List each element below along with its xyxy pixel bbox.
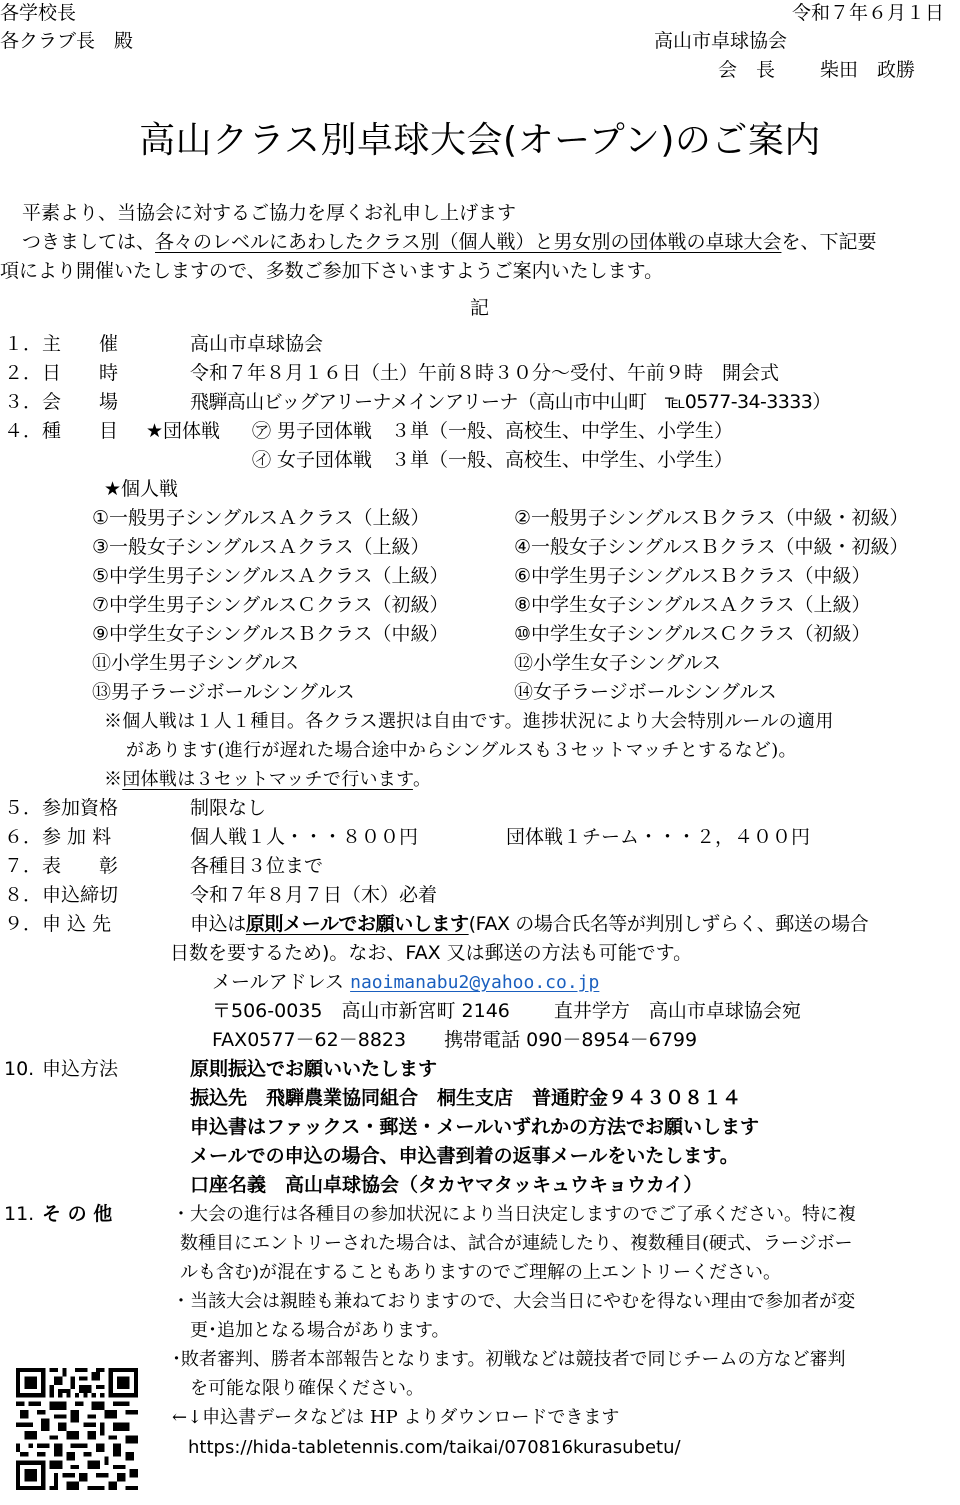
individual-event-item: ①一般男子シングルスＡクラス（上級） bbox=[92, 504, 429, 533]
section-5-label: 参加資格 bbox=[42, 794, 118, 823]
other-note-line: ･敗者審判、勝者本部報告となります。初戦などは競技者で同じチームの方など審判 bbox=[172, 1345, 846, 1374]
apply-prefix: 申込は bbox=[190, 913, 246, 935]
recipient-club-heads: 各クラブ長 殿 bbox=[0, 27, 133, 56]
team-event-women: ㋑ 女子団体戦 ３単（一般、高校生、中学生、小学生） bbox=[252, 446, 733, 475]
download-note: ←↓申込書データなどは HP よりダウンロードできます bbox=[172, 1403, 619, 1432]
other-note-line: 数種目にエントリーされた場合は、試合が連続したり、複数種目(硬式、ラージボー bbox=[180, 1229, 853, 1258]
individual-event-item: ⑪小学生男子シングルス bbox=[92, 649, 299, 678]
individual-event-item: ⑩中学生女子シングルスＣクラス（初級） bbox=[514, 620, 870, 649]
section-2-value: 令和７年８月１６日（土）午前８時３０分～受付、午前９時 開会式 bbox=[190, 359, 779, 388]
team-event-men: ㋐ 男子団体戦 ３単（一般、高校生、中学生、小学生） bbox=[252, 417, 733, 446]
fax-and-phone: FAX0577－62－8823 携帯電話 090－8954－6799 bbox=[212, 1026, 697, 1055]
team-note-suffix: 。 bbox=[413, 769, 431, 790]
section-3-number: ３． bbox=[4, 388, 42, 417]
team-note: ※団体戦は３セットマッチで行います。 bbox=[104, 765, 431, 794]
qr-code-icon bbox=[16, 1368, 138, 1490]
section-5-number: ５． bbox=[4, 794, 42, 823]
intro-highlight: 各々のレベルにあわしたクラス別（個人戦）と男女別の団体戦の卓球大会 bbox=[155, 231, 781, 253]
recipient-school-principals: 各学校長 bbox=[0, 0, 76, 28]
individual-event-item: ⑤中学生男子シングルスＡクラス（上級） bbox=[92, 562, 448, 591]
section-9-number: ９． bbox=[4, 910, 42, 939]
section-8-label: 申込締切 bbox=[42, 881, 118, 910]
section-2-number: ２． bbox=[4, 359, 42, 388]
section-7-label: 表 彰 bbox=[42, 852, 118, 881]
individual-event-item: ⑦中学生男子シングルスＣクラス（初級） bbox=[92, 591, 448, 620]
other-note-line: を可能な限り確保ください。 bbox=[190, 1374, 424, 1403]
section-10-number: 10. bbox=[4, 1055, 34, 1084]
individual-event-item: ⑥中学生男子シングルスＢクラス（中級） bbox=[514, 562, 870, 591]
intro-line-2: つきましては、各々のレベルにあわしたクラス別（個人戦）と男女別の団体戦の卓球大会… bbox=[22, 228, 876, 257]
section-9-line-2: 日数を要するため)。なお、FAX 又は郵送の方法も可能です。 bbox=[170, 939, 692, 968]
other-note-line: 更･追加となる場合があります。 bbox=[190, 1316, 450, 1345]
section-11-number: 11. bbox=[4, 1200, 34, 1229]
sender-title: 会 長 bbox=[718, 56, 775, 85]
download-url-link[interactable]: https://hida-tabletennis.com/taikai/0708… bbox=[188, 1433, 681, 1462]
sender-organization: 高山市卓球協会 bbox=[654, 27, 787, 56]
section-2-label: 日 時 bbox=[42, 359, 118, 388]
section-7-value: 各種目３位まで bbox=[190, 852, 323, 881]
team-note-highlight: 団体戦は３セットマッチで行います bbox=[122, 769, 413, 790]
intro-line-3: 項により開催いたしますので、多数ご参加下さいますようご案内いたします。 bbox=[0, 257, 663, 286]
intro-line-2-suffix: を、下記要 bbox=[781, 231, 876, 253]
payment-line: 申込書はファックス・郵送・メールいずれかの方法でお願いします bbox=[190, 1113, 759, 1142]
ki-heading: 記 bbox=[470, 294, 489, 323]
section-11-label: そ の 他 bbox=[42, 1200, 112, 1229]
email-link[interactable]: naoimanabu2@yahoo.co.jp bbox=[350, 972, 599, 993]
section-6-label: 参 加 料 bbox=[42, 823, 111, 852]
individual-note-line-1: ※個人戦は１人１種目。各クラス選択は自由です。進捗状況により大会特別ルールの適用 bbox=[104, 707, 834, 736]
individual-event-item: ④一般女子シングルスＢクラス（中級・初級） bbox=[514, 533, 908, 562]
payment-line: 振込先 飛騨農業協同組合 桐生支店 普通貯金９４３０８１４ bbox=[190, 1084, 741, 1113]
section-9-label: 申 込 先 bbox=[42, 910, 111, 939]
section-7-number: ７． bbox=[4, 852, 42, 881]
fee-team: 団体戦１チーム・・・２，４００円 bbox=[506, 823, 810, 852]
section-3-label: 会 場 bbox=[42, 388, 118, 417]
section-8-value: 令和７年８月７日（木）必着 bbox=[190, 881, 437, 910]
individual-event-item: ⑫小学生女子シングルス bbox=[514, 649, 721, 678]
section-4-number: ４． bbox=[4, 417, 42, 446]
section-5-value: 制限なし bbox=[190, 794, 266, 823]
other-note-line: ・大会の進行は各種目の参加状況により当日決定しますのでご了承ください。特に複 bbox=[172, 1200, 856, 1229]
intro-line-2-prefix: つきましては、 bbox=[22, 231, 155, 253]
fee-individual: 個人戦１人・・・８００円 bbox=[190, 823, 418, 852]
section-10-label: 申込方法 bbox=[42, 1055, 118, 1084]
individual-note-line-2: があります(進行が遅れた場合途中からシングルスも３セットマッチとするなど)。 bbox=[126, 736, 797, 765]
apply-by-email-emphasis: 原則メールでお願いします bbox=[246, 913, 469, 935]
section-8-number: ８． bbox=[4, 881, 42, 910]
individual-event-item: ③一般女子シングルスＡクラス（上級） bbox=[92, 533, 429, 562]
individual-event-item: ②一般男子シングルスＢクラス（中級・初級） bbox=[514, 504, 908, 533]
section-1-number: １． bbox=[4, 330, 42, 359]
postal-address: 〒506-0035 高山市新宮町 2146 直井学方 高山市卓球協会宛 bbox=[212, 997, 801, 1026]
payment-line: 原則振込でお願いいたします bbox=[190, 1055, 437, 1084]
document-date: 令和７年６月１日 bbox=[792, 0, 944, 28]
apply-suffix: (FAX の場合氏名等が判別しずらく、郵送の場合 bbox=[469, 913, 869, 935]
individual-event-item: ⑬男子ラージボールシングルス bbox=[92, 678, 355, 707]
individual-event-item: ⑧中学生女子シングルスＡクラス（上級） bbox=[514, 591, 870, 620]
individual-event-item: ⑭女子ラージボールシングルス bbox=[514, 678, 777, 707]
team-event-heading: ★団体戦 bbox=[146, 417, 220, 446]
other-note-line: ルも含む)が混在することもありますのでご理解の上エントリーください。 bbox=[180, 1258, 781, 1287]
payment-line: 口座名義 高山卓球協会（タカヤマタッキュウキョウカイ） bbox=[190, 1171, 702, 1200]
section-9-value: 申込は原則メールでお願いします(FAX の場合氏名等が判別しずらく、郵送の場合 bbox=[190, 910, 868, 939]
email-label: メールアドレス bbox=[212, 971, 344, 993]
individual-event-item: ⑨中学生女子シングルスＢクラス（中級） bbox=[92, 620, 448, 649]
section-1-label: 主 催 bbox=[42, 330, 118, 359]
other-note-line: ・当該大会は親睦も兼ねておりますので、大会当日にやむを得ない理由で参加者が変 bbox=[172, 1287, 855, 1316]
payment-line: メールでの申込の場合、申込書到着の返事メールをいたします。 bbox=[190, 1142, 739, 1171]
email-row: メールアドレス naoimanabu2@yahoo.co.jp bbox=[212, 968, 599, 997]
team-note-prefix: ※ bbox=[104, 769, 122, 790]
individual-event-heading: ★個人戦 bbox=[104, 475, 178, 504]
section-3-value: 飛騨高山ビッグアリーナメインアリーナ（高山市中山町 ℡0577-34-3333） bbox=[190, 388, 831, 417]
sender-name: 柴田 政勝 bbox=[820, 56, 915, 85]
page-title: 高山クラス別卓球大会(オープン)のご案内 bbox=[0, 116, 960, 166]
intro-line-1: 平素より、当協会に対するご協力を厚くお礼申し上げます bbox=[22, 199, 516, 228]
section-1-value: 高山市卓球協会 bbox=[190, 330, 323, 359]
section-4-label: 種 目 bbox=[42, 417, 118, 446]
section-6-number: ６． bbox=[4, 823, 42, 852]
